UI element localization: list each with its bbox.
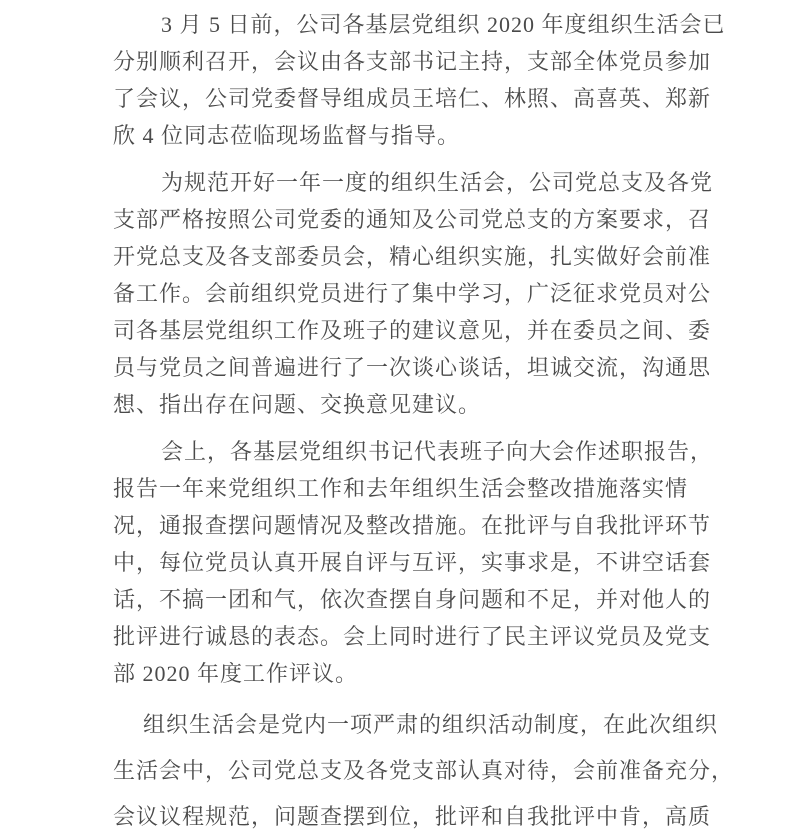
text-line: 况，通报查摆问题情况及整改措施。在批评与自我批评环节 [113,507,688,544]
text-line: 想、指出存在问题、交换意见建议。 [113,386,688,423]
text-line: 会议议程规范，问题查摆到位，批评和自我批评中肯，高质 [113,794,688,840]
text-line: 支部严格按照公司党委的通知及公司党总支的方案要求，召 [113,201,688,238]
document-page: 3 月 5 日前，公司各基层党组织 2020 年度组织生活会已 分别顺利召开，会… [0,0,788,840]
text-line: 中，每位党员认真开展自评与互评，实事求是，不讲空话套 [113,544,688,581]
text-line: 分别顺利召开，会议由各支部书记主持，支部全体党员参加 [113,43,688,80]
text-line: 批评进行诚恳的表态。会上同时进行了民主评议党员及党支 [113,618,688,655]
text-line: 了会议，公司党委督导组成员王培仁、林照、高喜英、郑新 [113,80,688,117]
text-line: 部 2020 年度工作评议。 [113,655,688,692]
text-line: 欣 4 位同志莅临现场监督与指导。 [113,117,688,154]
text-line: 组织生活会是党内一项严肃的组织活动制度，在此次组织 [113,702,688,748]
text-line: 会上，各基层党组织书记代表班子向大会作述职报告， [113,433,688,470]
paragraph-3: 会上，各基层党组织书记代表班子向大会作述职报告， 报告一年来党组织工作和去年组织… [113,433,688,692]
text-line: 司各基层党组织工作及班子的建议意见，并在委员之间、委 [113,312,688,349]
paragraph-4: 组织生活会是党内一项严肃的组织活动制度，在此次组织 生活会中，公司党总支及各党支… [113,702,688,840]
text-line: 3 月 5 日前，公司各基层党组织 2020 年度组织生活会已 [113,6,688,43]
text-line: 备工作。会前组织党员进行了集中学习，广泛征求党员对公 [113,275,688,312]
paragraph-1: 3 月 5 日前，公司各基层党组织 2020 年度组织生活会已 分别顺利召开，会… [113,6,688,154]
paragraph-2: 为规范开好一年一度的组织生活会，公司党总支及各党 支部严格按照公司党委的通知及公… [113,164,688,423]
text-line: 员与党员之间普遍进行了一次谈心谈话，坦诚交流，沟通思 [113,349,688,386]
text-line: 报告一年来党组织工作和去年组织生活会整改措施落实情 [113,470,688,507]
text-line: 为规范开好一年一度的组织生活会，公司党总支及各党 [113,164,688,201]
text-line: 开党总支及各支部委员会，精心组织实施，扎实做好会前准 [113,238,688,275]
text-line: 生活会中，公司党总支及各党支部认真对待，会前准备充分， [113,748,688,794]
text-line: 话，不搞一团和气，依次查摆自身问题和不足，并对他人的 [113,581,688,618]
